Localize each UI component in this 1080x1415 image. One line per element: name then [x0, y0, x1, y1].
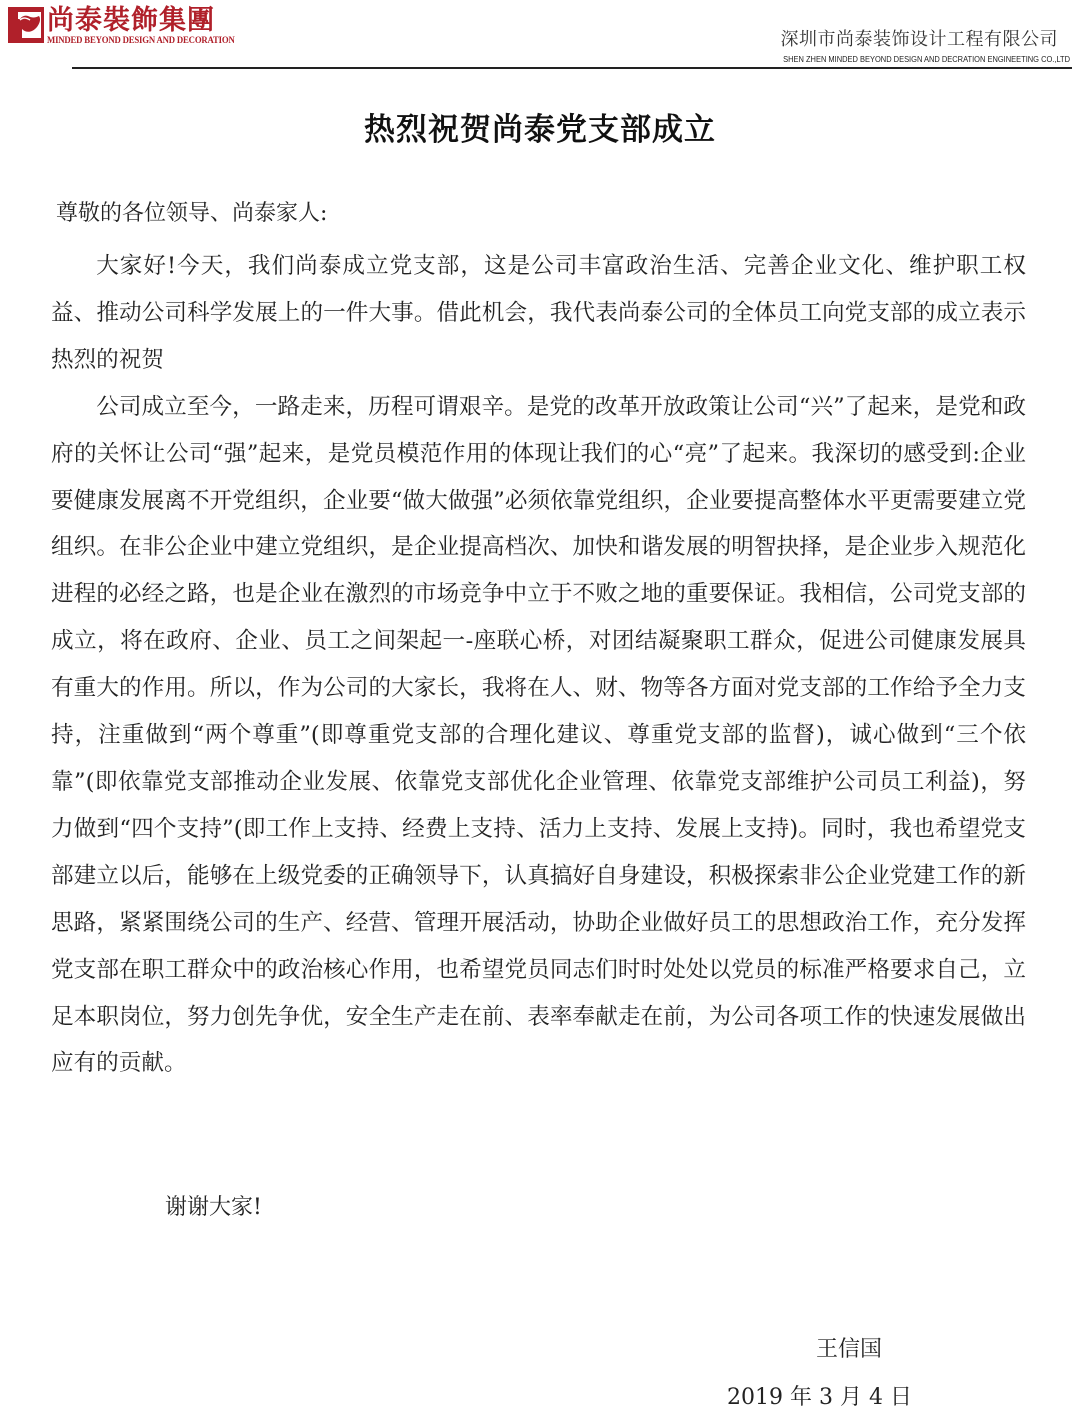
logo-name-cn: 尚泰裝飾集團	[47, 6, 251, 36]
letter-body: 大家好!今天，我们尚泰成立党支部，这是公司丰富政治生活、完善企业文化、维护职工权…	[51, 243, 1026, 1087]
closing-line: 谢谢大家!	[165, 1190, 262, 1221]
header-divider	[72, 67, 1072, 69]
paragraph: 大家好!今天，我们尚泰成立党支部，这是公司丰富政治生活、完善企业文化、维护职工权…	[51, 243, 1026, 384]
company-name-en: SHEN ZHEN MINDED BEYOND DESIGN AND DECRA…	[783, 54, 1070, 64]
logo-name-en: MINDED BEYOND DESIGN AND DECORATION	[47, 36, 235, 47]
document-title: 热烈祝贺尚泰党支部成立	[0, 104, 1080, 149]
date: 2019 年 3 月 4 日	[727, 1380, 912, 1411]
letterhead: 尚泰裝飾集團 MINDED BEYOND DESIGN AND DECORATI…	[0, 0, 1080, 80]
paragraph: 公司成立至今，一路走来，历程可谓艰辛。是党的改革开放政策让公司“兴”了起来，是党…	[51, 384, 1026, 1088]
salutation: 尊敬的各位领导、尚泰家人:	[56, 198, 327, 230]
logo-mark-icon	[8, 7, 44, 43]
company-logo: 尚泰裝飾集團 MINDED BEYOND DESIGN AND DECORATI…	[8, 6, 251, 47]
company-name-cn: 深圳市尚泰装饰设计工程有限公司	[781, 25, 1059, 51]
signature: 王信国	[816, 1332, 882, 1363]
